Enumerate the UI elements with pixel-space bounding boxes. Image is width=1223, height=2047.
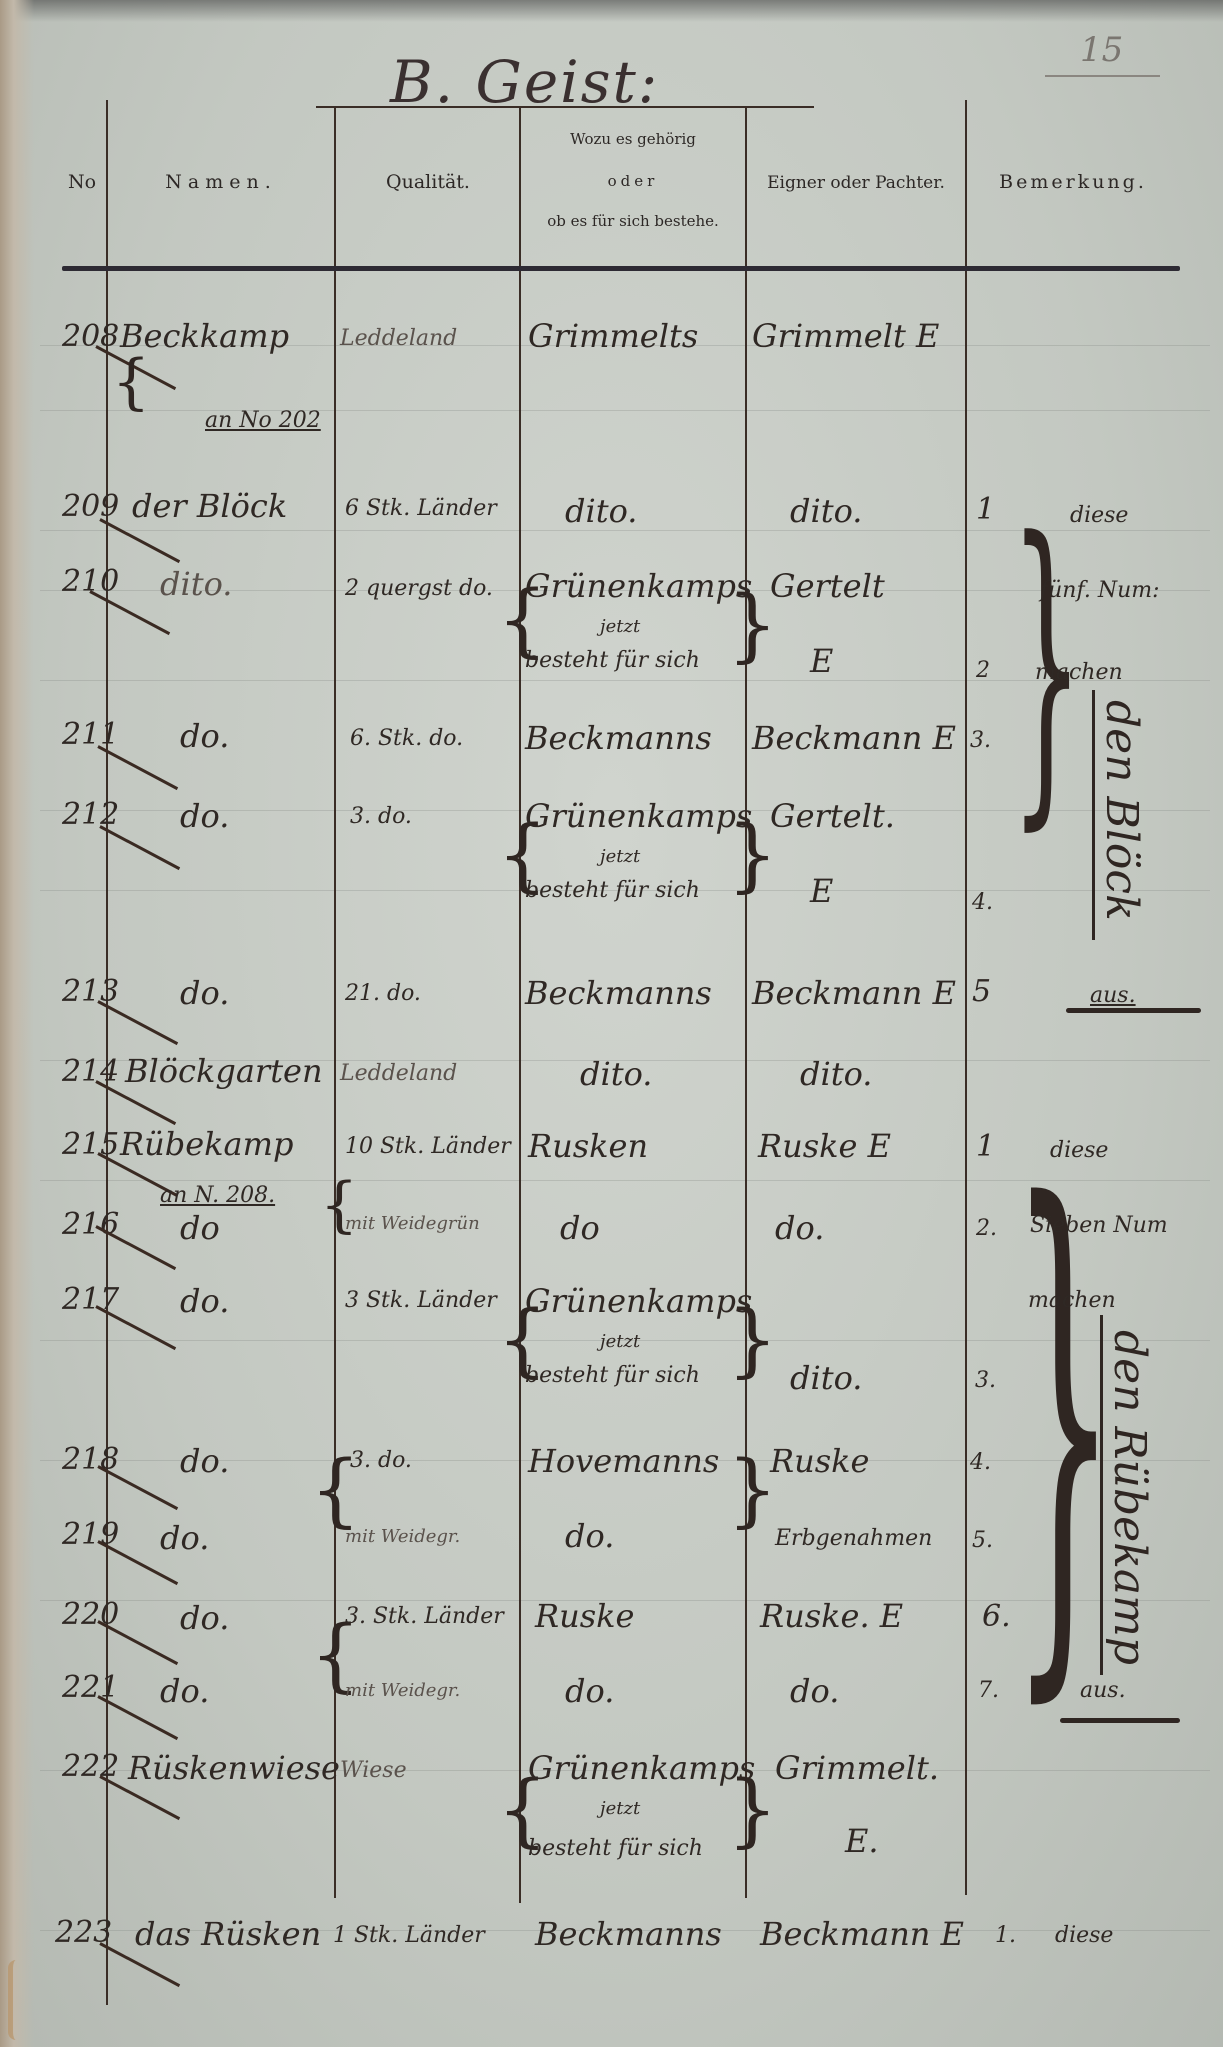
remark-vertical-rule (1100, 1315, 1103, 1675)
entry-number: 214 (62, 1057, 119, 1087)
remark-text: machen (1035, 662, 1123, 684)
entry-quality: mit Weidegr. (345, 1682, 460, 1700)
entry-quality: 3 Stk. Länder (345, 1290, 497, 1312)
entry-number: 220 (62, 1600, 119, 1630)
remark-vertical-text: den Rübekamp (1104, 1330, 1155, 1665)
entry-belongs: Grünenkamps (528, 1752, 755, 1784)
entry-owner: dito. (790, 495, 862, 527)
remark-number: 1. (995, 1925, 1016, 1947)
column-divider-owner (965, 100, 967, 1895)
remark-vertical-rule (1092, 690, 1095, 940)
header-belongs-line1: Wozu es gehörig (522, 130, 744, 150)
entry-quality: 1 Stk. Länder (333, 1925, 485, 1947)
entry-name: do. (180, 977, 229, 1009)
entry-name: do. (180, 1445, 229, 1477)
entry-belongs: Beckmanns (535, 1918, 722, 1950)
entry-belongs: Beckmanns (525, 722, 712, 754)
header-owner: Eigner oder Pachter. (748, 172, 964, 194)
remark-text: diese (1050, 1140, 1108, 1162)
remark-text: diese (1070, 505, 1128, 527)
entry-belongs: do (560, 1212, 600, 1244)
entry-belongs: Ruske (535, 1600, 634, 1632)
remark-number: 2. (976, 1218, 997, 1240)
entry-quality: 10 Stk. Länder (345, 1136, 511, 1158)
remark-number: 4. (970, 1452, 991, 1474)
page-top-shadow (0, 0, 1223, 22)
entry-number: 208 (62, 322, 119, 352)
entry-belongs: dito. (580, 1058, 652, 1090)
remark-number: 5. (972, 1530, 993, 1552)
entry-owner: Grimmelt. (775, 1752, 939, 1784)
remark-number: 6. (982, 1602, 1011, 1632)
entry-belongs: dito. (565, 495, 637, 527)
entry-owner: dito. (800, 1058, 872, 1090)
entry-quality: 3. do. (350, 806, 412, 828)
entry-owner: do. (775, 1212, 824, 1244)
page-number-underline (1045, 75, 1160, 77)
entry-number: 213 (62, 977, 119, 1007)
entry-number: 222 (62, 1752, 119, 1782)
remark-underline (1060, 1718, 1180, 1723)
entry-name: do. (160, 1675, 209, 1707)
entry-owner: Ruske (770, 1445, 869, 1477)
entry-name: do. (180, 800, 229, 832)
entry-name: Blöckgarten (125, 1055, 323, 1087)
entry-owner-note: E (810, 645, 833, 677)
remark-text: aus. (1090, 985, 1136, 1007)
entry-quality: 6. Stk. do. (350, 728, 463, 750)
entry-owner: do. (790, 1675, 839, 1707)
entry-name: dito. (160, 568, 232, 600)
entry-name: do. (180, 1602, 229, 1634)
remark-number: 2 (976, 660, 990, 682)
remark-number: 1 (976, 495, 995, 525)
header-quality: Qualität. (338, 170, 518, 195)
entry-number: 219 (62, 1520, 119, 1550)
remark-number: 3. (975, 1370, 996, 1392)
header-no: No (62, 170, 102, 195)
remark-number: 7. (978, 1680, 999, 1702)
binding-edge (0, 0, 34, 2047)
entry-belongs: Hovemanns (528, 1445, 719, 1477)
entry-owner: Beckmann E (752, 722, 956, 754)
remark-text: Sieben Num (1030, 1215, 1168, 1237)
header-belongs-line2: oder (522, 172, 744, 192)
remark-number: 5 (972, 977, 991, 1007)
header-remark: Bemerkung. (968, 170, 1178, 195)
entry-belongs: Grimmelts (528, 320, 698, 352)
entry-name: do. (180, 1285, 229, 1317)
brace: } (727, 1770, 778, 1850)
entry-belongs-note: besteht für sich (525, 1365, 700, 1387)
entry-owner: Gertelt. (770, 800, 895, 832)
entry-quality: Leddeland (340, 1063, 457, 1085)
entry-quality: 3. do. (350, 1450, 412, 1472)
entry-subnote: an No 202 (205, 410, 321, 432)
remark-vertical-text: den Blöck (1096, 700, 1147, 921)
entry-belongs: do. (565, 1675, 614, 1707)
remark-text: machen (1028, 1290, 1116, 1312)
entry-name: der Blöck (132, 490, 287, 522)
entry-quality: mit Weidegr. (345, 1528, 460, 1546)
heading-underline (316, 106, 814, 108)
entry-owner: dito. (790, 1362, 862, 1394)
header-name: Namen. (110, 170, 332, 195)
remark-number: 4. (972, 892, 993, 914)
entry-number: 209 (62, 492, 119, 522)
entry-owner: Grimmelt E (752, 320, 939, 352)
remark-text: diese (1055, 1925, 1113, 1947)
page-number: 15 (1080, 30, 1123, 70)
entry-number: 215 (62, 1130, 119, 1160)
entry-quality: Leddeland (340, 328, 457, 350)
remark-underline (1066, 1008, 1201, 1013)
entry-subnote: an N. 208. (160, 1185, 275, 1207)
entry-belongs: do. (565, 1520, 614, 1552)
binding-thread (8, 1960, 33, 2040)
entry-quality: 6 Stk. Länder (345, 498, 497, 520)
entry-quality: 3. Stk. Länder (345, 1606, 504, 1628)
column-divider-belongs (745, 108, 747, 1898)
brace: { (112, 352, 150, 412)
remark-number: 3. (970, 730, 991, 752)
entry-belongs-note: besteht für sich (525, 880, 700, 902)
entry-quality: Wiese (340, 1760, 407, 1782)
entry-owner-note: E (810, 875, 833, 907)
entry-owner: Beckmann E (760, 1918, 964, 1950)
entry-belongs: Beckmanns (525, 977, 712, 1009)
entry-quality: mit Weidegrün (345, 1215, 480, 1233)
entry-belongs-note: jetzt (600, 618, 640, 636)
entry-owner: Gertelt (770, 570, 885, 602)
entry-owner-note: E. (845, 1825, 879, 1857)
entry-owner: Ruske. E (760, 1600, 903, 1632)
column-divider-no (106, 100, 108, 2005)
entry-owner: Beckmann E (752, 977, 956, 1009)
entry-name: Rüskenwiese (128, 1752, 340, 1784)
remark-text: fünf. Num: (1040, 580, 1160, 602)
entry-number: 221 (62, 1673, 119, 1703)
entry-name: do. (180, 720, 229, 752)
entry-belongs-note: jetzt (600, 1333, 640, 1351)
entry-name: do. (160, 1522, 209, 1554)
entry-quality: 2 quergst do. (345, 578, 493, 600)
entry-number: 211 (62, 720, 119, 750)
remark-text: aus. (1080, 1680, 1126, 1702)
header-rule (62, 266, 1180, 271)
entry-belongs: Grünenkamps (525, 1285, 752, 1317)
entry-number: 218 (62, 1445, 119, 1475)
entry-belongs-note: besteht für sich (525, 650, 700, 672)
entry-number: 217 (62, 1285, 119, 1315)
entry-belongs-note: besteht für sich (528, 1838, 703, 1860)
entry-belongs: Grünenkamps (525, 570, 752, 602)
entry-belongs: Rusken (528, 1130, 648, 1162)
remark-number: 1 (976, 1132, 995, 1162)
brace: } (727, 1300, 778, 1380)
entry-number: 212 (62, 800, 119, 830)
entry-owner: Erbgenahmen (775, 1528, 932, 1550)
column-divider-quality (519, 108, 521, 1903)
entry-name: Rübekamp (120, 1128, 293, 1160)
entry-belongs: Grünenkamps (525, 800, 752, 832)
entry-belongs-note: jetzt (600, 1800, 640, 1818)
entry-name: do (180, 1212, 220, 1244)
header-belongs-line3: ob es für sich bestehe. (522, 212, 744, 232)
entry-name: das Rüsken (135, 1918, 321, 1950)
entry-belongs-note: jetzt (600, 848, 640, 866)
entry-quality: 21. do. (345, 983, 421, 1005)
entry-owner: Ruske E (758, 1130, 891, 1162)
